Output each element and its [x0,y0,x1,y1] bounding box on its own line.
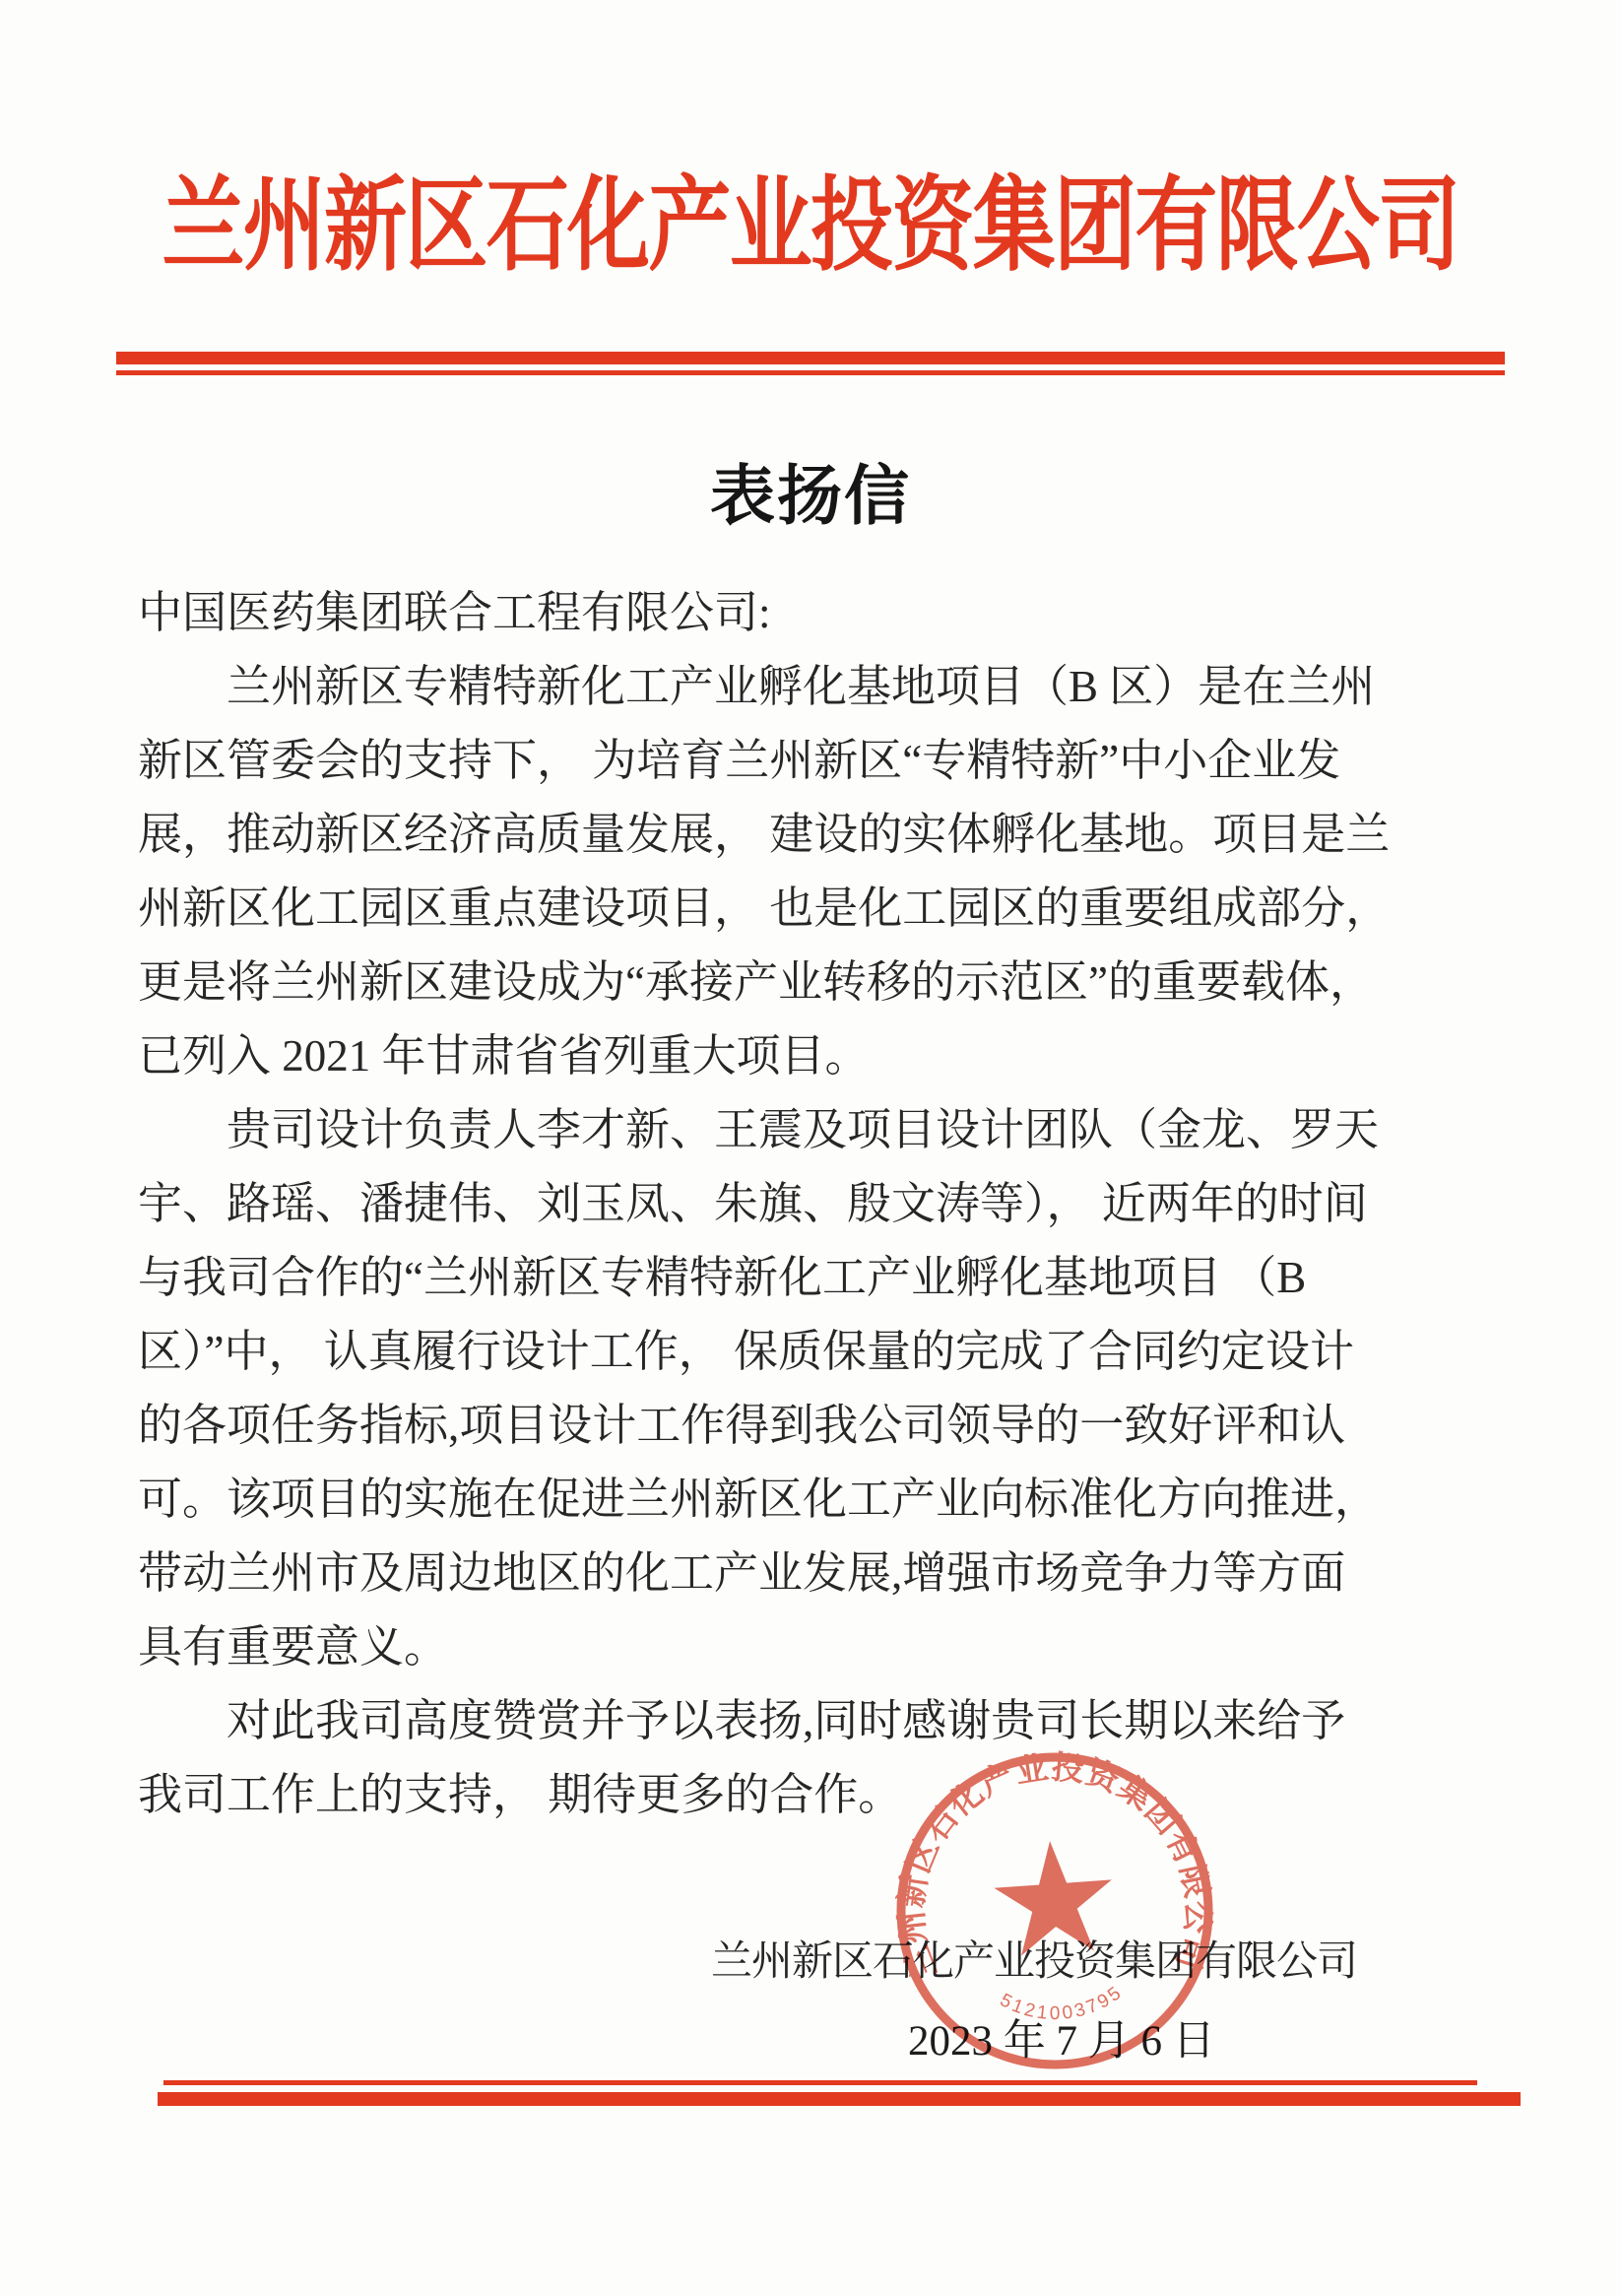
body-text-line: 与我司合作的“兰州新区专精特新化工产业孵化基地项目 （B [138,1241,1489,1315]
body-text-line: 兰州新区专精特新化工产业孵化基地项目（B 区）是在兰州 [138,650,1489,724]
letterhead-rule-thick [116,352,1505,364]
body-text-line: 对此我司高度赞赏并予以表扬,同时感谢贵司长期以来给予 [138,1684,1489,1758]
body-text-line: 可。该项目的实施在促进兰州新区化工产业向标准化方向推进， [138,1463,1489,1537]
recipient-line: 中国医药集团联合工程有限公司: [138,576,1489,650]
body-text-line: 已列入 2021 年甘肃省省列重大项目。 [138,1019,1489,1093]
body-text-line: 带动兰州市及周边地区的化工产业发展,增强市场竞争力等方面 [138,1537,1489,1610]
body-paragraph-lines: 兰州新区专精特新化工产业孵化基地项目（B 区）是在兰州新区管委会的支持下， 为培… [138,650,1489,1832]
letter-title: 表扬信 [0,443,1621,537]
body-text-line: 更是将兰州新区建设成为“承接产业转移的示范区”的重要载体， [138,946,1489,1019]
body-text-line: 宇、路瑶、潘捷伟、刘玉凤、朱旗、殷文涛等）， 近两年的时间 [138,1167,1489,1241]
letterhead-rule-thin [116,370,1505,375]
body-text-line: 我司工作上的支持， 期待更多的合作。 [138,1758,1489,1832]
body-text-line: 区）”中， 认真履行设计工作， 保质保量的完成了合同约定设计 [138,1315,1489,1389]
body-text-line: 的各项任务指标,项目设计工作得到我公司领导的一致好评和认 [138,1389,1489,1463]
body-text-line: 州新区化工园区重点建设项目， 也是化工园区的重要组成部分， [138,872,1489,946]
seal-star-icon [991,1837,1116,1957]
body-text-line: 展，推动新区经济高质量发展， 建设的实体孵化基地。项目是兰 [138,798,1489,872]
footer-rule-thin [163,2080,1477,2085]
footer-rule-thick [158,2092,1521,2106]
company-seal: 兰州新区石化产业投资集团有限公司 5121003795 [878,1735,1232,2088]
letter-body: 中国医药集团联合工程有限公司: 兰州新区专精特新化工产业孵化基地项目（B 区）是… [138,576,1489,1832]
body-text-line: 贵司设计负责人李才新、王震及项目设计团队（金龙、罗天 [138,1093,1489,1167]
body-text-line: 新区管委会的支持下， 为培育兰州新区“专精特新”中小企业发 [138,724,1489,798]
letterhead-company-name: 兰州新区石化产业投资集团有限公司 [130,165,1492,289]
scanned-letter-page: 兰州新区石化产业投资集团有限公司 表扬信 中国医药集团联合工程有限公司: 兰州新… [0,0,1621,2296]
body-text-line: 具有重要意义。 [138,1610,1489,1684]
seal-number: 5121003795 [996,1981,1129,2029]
